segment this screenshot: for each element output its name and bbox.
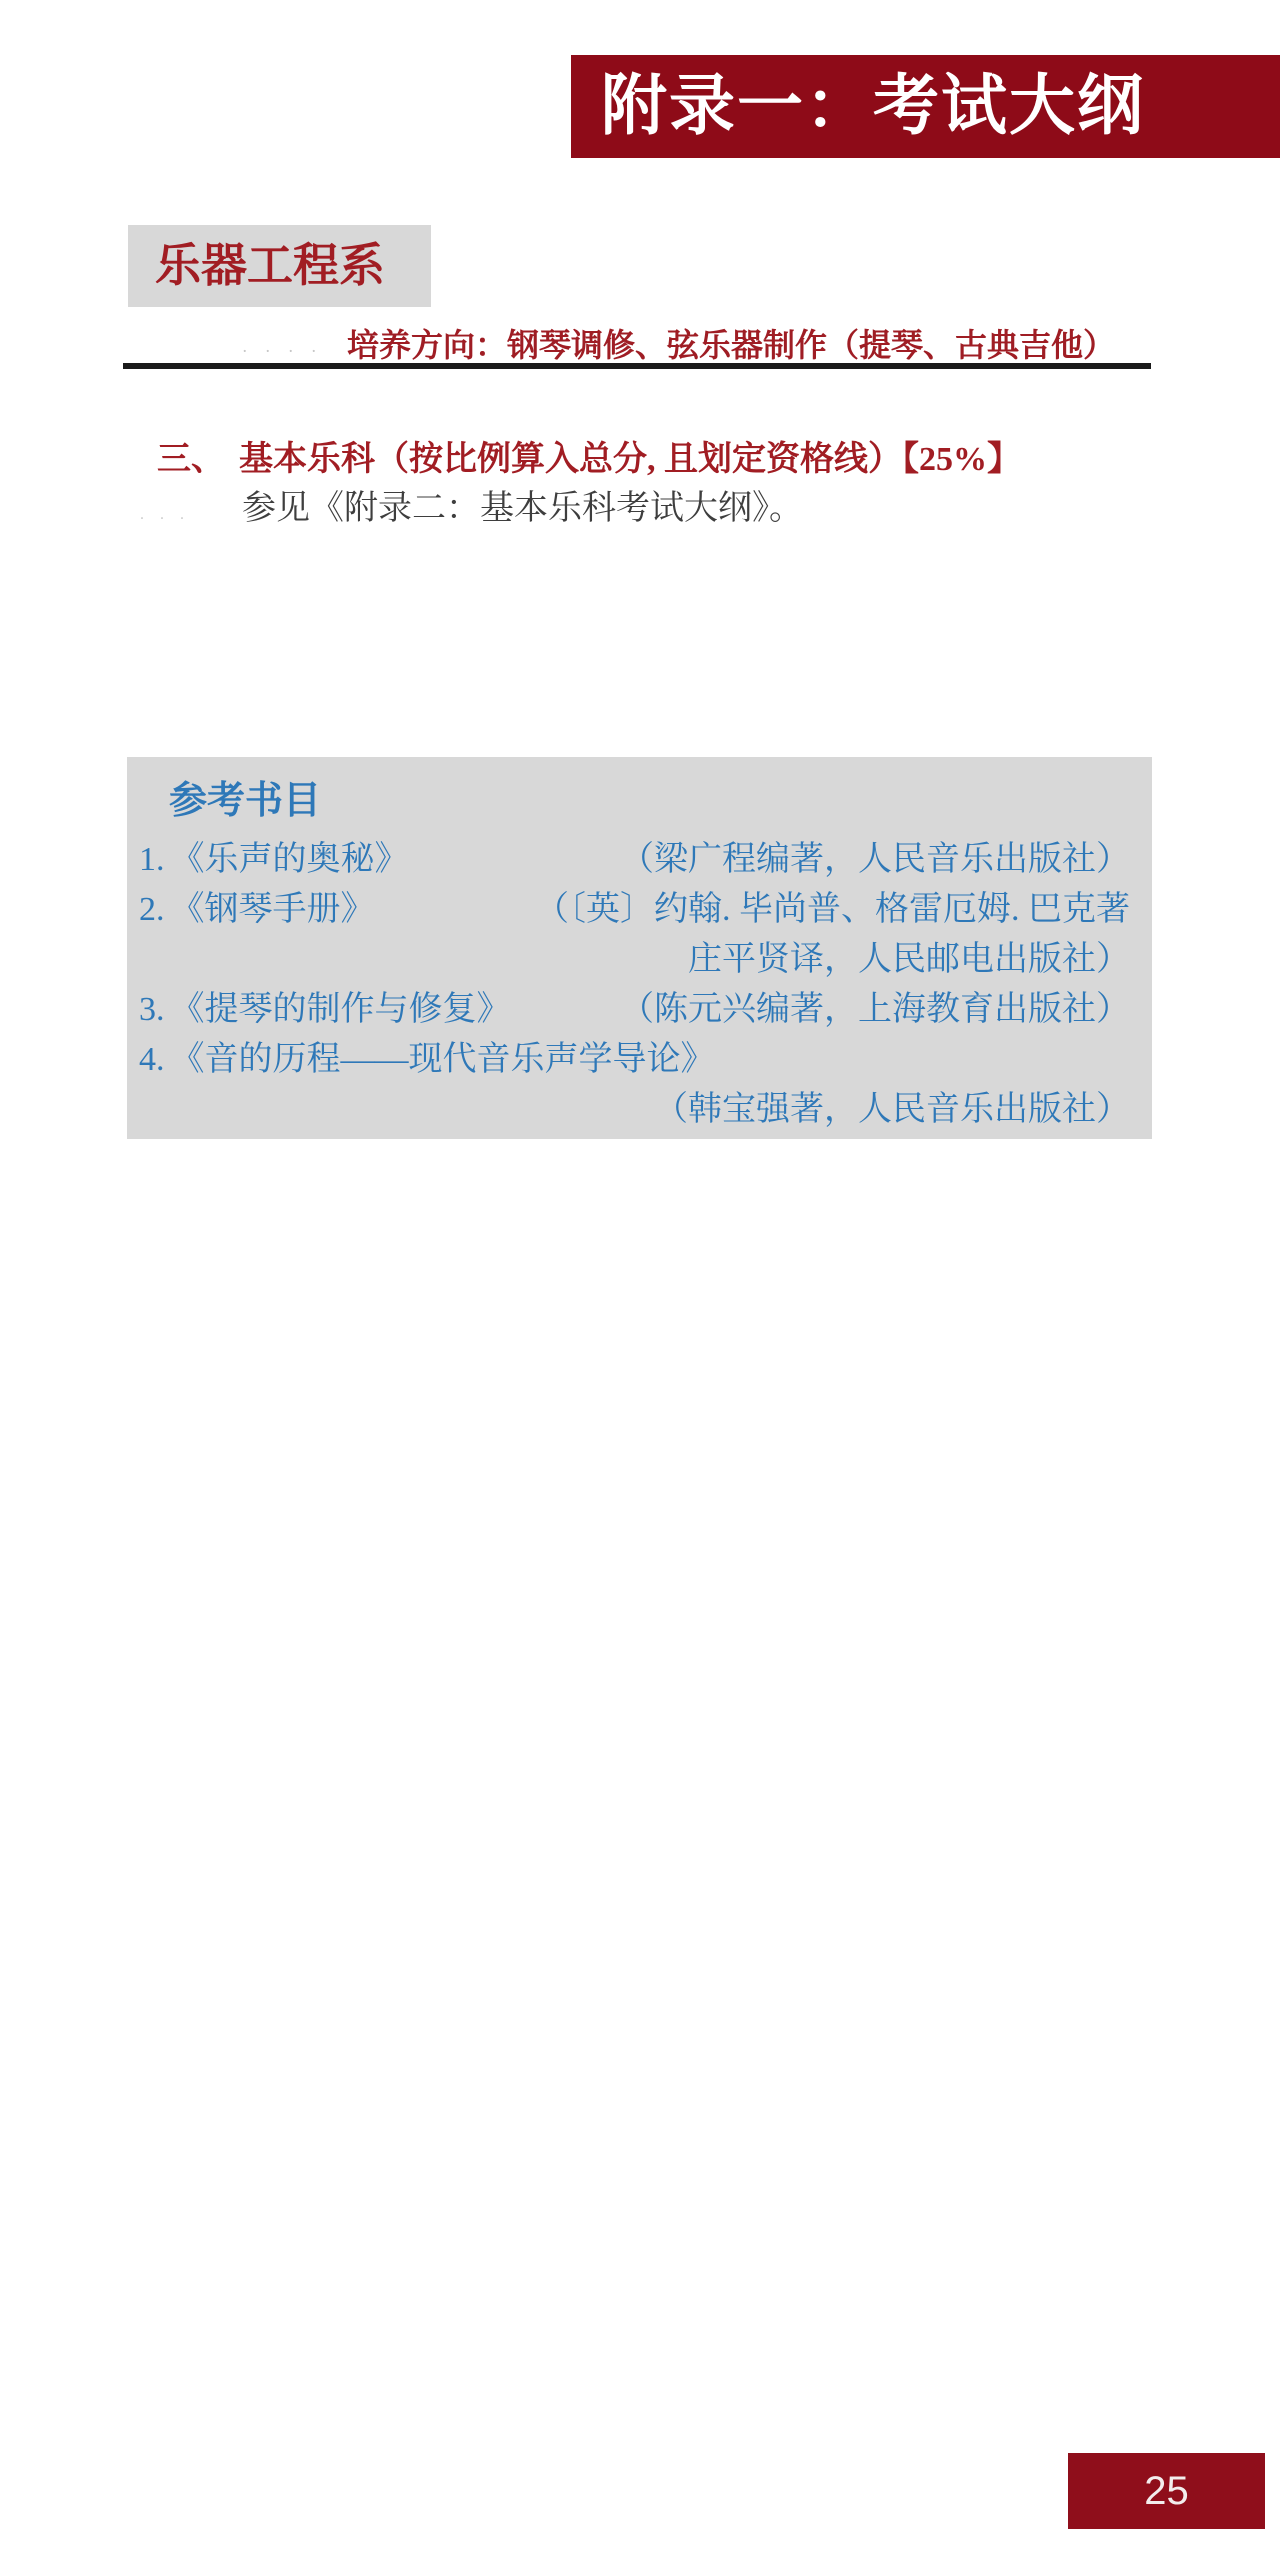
reference-book-title: 《钢琴手册》 xyxy=(171,891,375,928)
reference-item: 4.《音的历程——现代音乐声学导论》 xyxy=(139,1035,1130,1085)
reference-item-continuation: （韩宝强著，人民音乐出版社） xyxy=(139,1085,1130,1135)
section-body-text: 参见《附录二：基本乐科考试大纲》。 xyxy=(242,489,803,529)
reference-book-title: 《提琴的制作与修复》 xyxy=(171,991,511,1028)
section-heading-number: 三、 xyxy=(157,441,225,478)
reference-number: 3. xyxy=(139,991,165,1028)
reference-item: 3.《提琴的制作与修复》 （陈元兴编著，上海教育出版社） xyxy=(139,985,1130,1035)
leader-dots: . . . . xyxy=(242,336,323,356)
reference-item: 2.《钢琴手册》 （〔英〕约翰. 毕尚普、格雷厄姆. 巴克著 xyxy=(139,885,1130,935)
reference-item-continuation: 庄平贤译，人民邮电出版社） xyxy=(139,935,1130,985)
department-name: 乐器工程系 xyxy=(155,240,385,291)
appendix-banner: 附录一：考试大纲 xyxy=(571,55,1280,158)
section-heading-text: 基本乐科（按比例算入总分, 且划定资格线）【25%】 xyxy=(239,441,1021,478)
divider-rule xyxy=(123,363,1151,369)
document-page: 附录一：考试大纲 乐器工程系 . . . .培养方向：钢琴调修、弦乐器制作（提琴… xyxy=(0,0,1280,2559)
reference-publisher: （陈元兴编著，上海教育出版社） xyxy=(620,985,1130,1035)
reference-number: 1. xyxy=(139,841,165,878)
reference-publisher: （〔英〕约翰. 毕尚普、格雷厄姆. 巴克著 xyxy=(535,885,1130,935)
reference-book-title: 《乐声的奥秘》 xyxy=(171,841,409,878)
page-number: 25 xyxy=(1144,2469,1189,2513)
training-direction-text: 培养方向：钢琴调修、弦乐器制作（提琴、古典吉他） xyxy=(347,327,1115,363)
training-direction-line: . . . .培养方向：钢琴调修、弦乐器制作（提琴、古典吉他） xyxy=(123,326,1115,365)
references-list: 1.《乐声的奥秘》 （梁广程编著，人民音乐出版社） 2.《钢琴手册》 （〔英〕约… xyxy=(139,835,1130,1135)
references-title: 参考书目 xyxy=(169,779,321,823)
department-label-box: 乐器工程系 xyxy=(128,225,431,307)
reference-publisher: 庄平贤译，人民邮电出版社） xyxy=(688,935,1130,985)
reference-item: 1.《乐声的奥秘》 （梁广程编著，人民音乐出版社） xyxy=(139,835,1130,885)
page-number-box: 25 xyxy=(1068,2453,1265,2529)
reference-publisher: （梁广程编著，人民音乐出版社） xyxy=(620,835,1130,885)
reference-number: 4. xyxy=(139,1041,165,1078)
reference-book-title: 《音的历程——现代音乐声学导论》 xyxy=(171,1041,715,1078)
appendix-banner-title: 附录一：考试大纲 xyxy=(601,70,1145,143)
leader-dots: . . . xyxy=(140,500,190,530)
reference-number: 2. xyxy=(139,891,165,928)
references-panel: 参考书目 1.《乐声的奥秘》 （梁广程编著，人民音乐出版社） 2.《钢琴手册》 … xyxy=(127,757,1152,1139)
reference-publisher: （韩宝强著，人民音乐出版社） xyxy=(654,1085,1130,1135)
section-heading: 三、基本乐科（按比例算入总分, 且划定资格线）【25%】 xyxy=(157,440,1021,480)
